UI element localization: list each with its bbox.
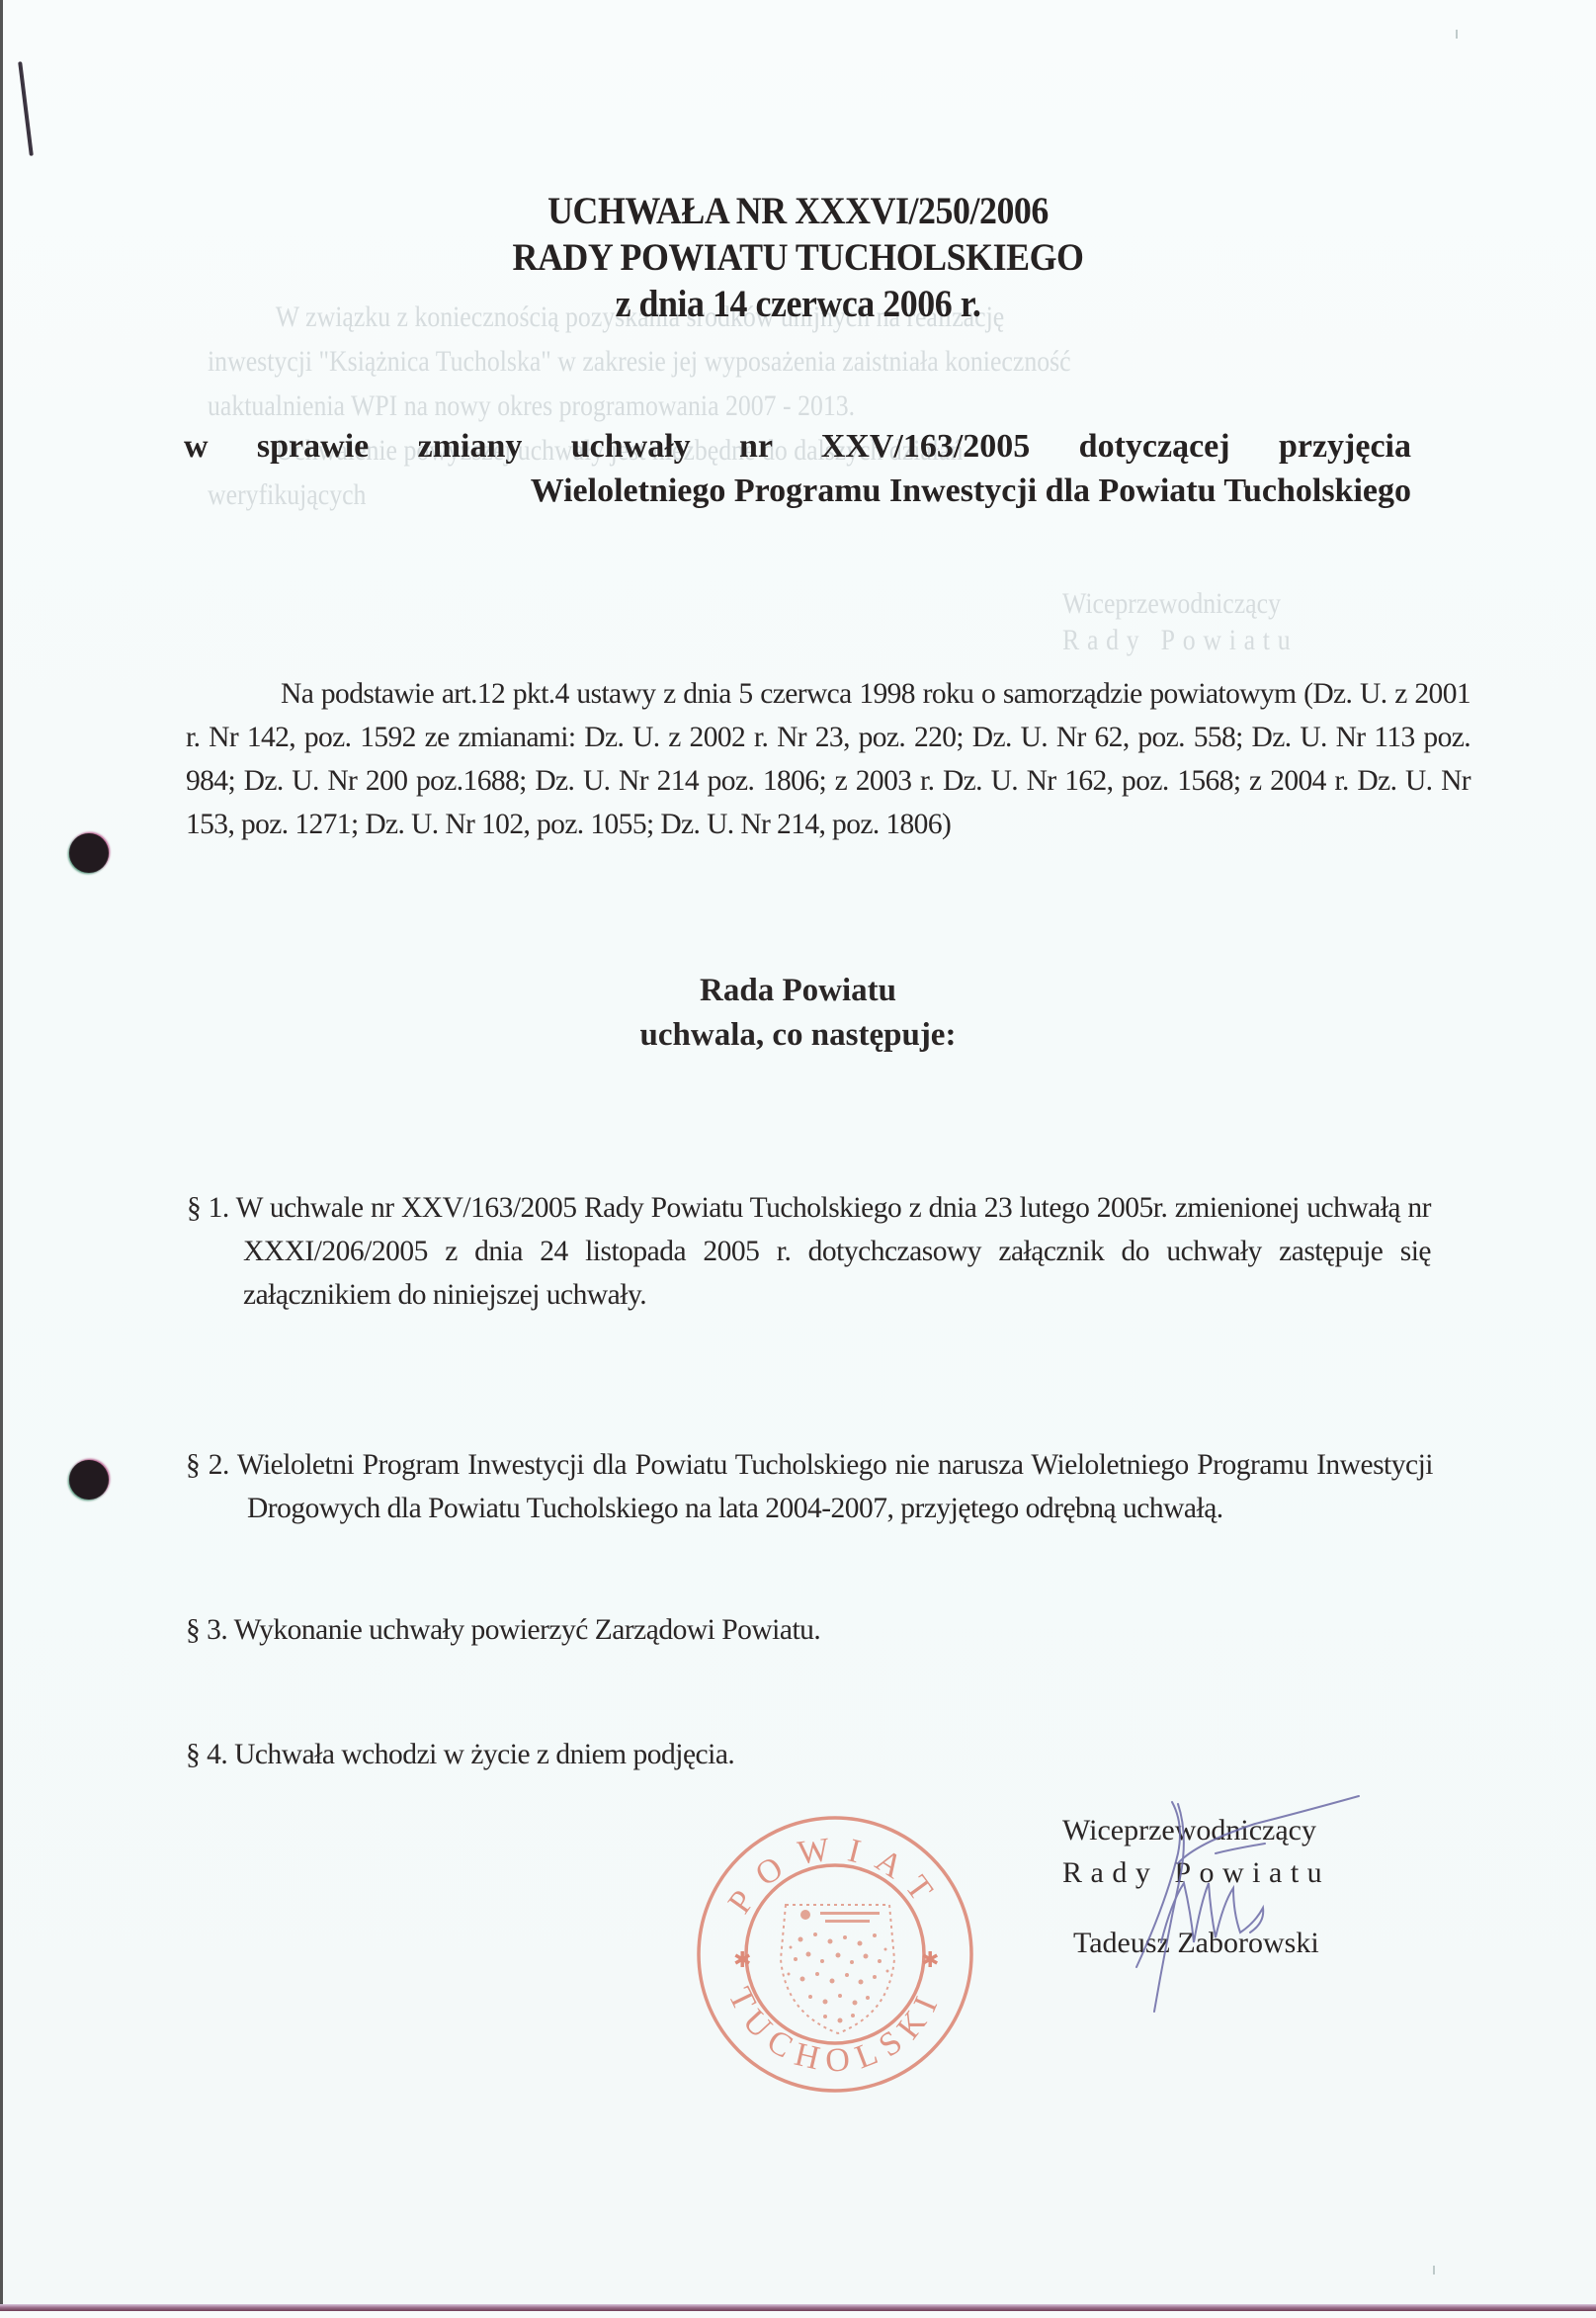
punch-hole-icon (69, 1460, 109, 1500)
svg-text:✱: ✱ (921, 1948, 939, 1973)
resolves-line-2: uchwala, co następuje: (0, 1013, 1596, 1058)
resolution-subject: w sprawie zmiany uchwały nr XXV/163/2005… (184, 424, 1411, 513)
scan-bottom-edge (0, 2304, 1596, 2311)
paragraph-text: § 4. Uchwała wchodzi w życie z dniem pod… (186, 1733, 1372, 1776)
scanned-page: W związku z koniecznością pozyskania śro… (0, 0, 1596, 2311)
paragraph-text: § 1. W uchwale nr XXV/163/2005 Rady Powi… (174, 1186, 1431, 1317)
page-left-edge (0, 0, 3, 2311)
legal-basis-preamble: Na podstawie art.12 pkt.4 ustawy z dnia … (186, 672, 1470, 846)
svg-text:✱: ✱ (733, 1948, 751, 1973)
scan-speck (1456, 30, 1458, 39)
document-header: UCHWAŁA NR XXXVI/250/2006 RADY POWIATU T… (0, 188, 1596, 327)
signatory-title: Wiceprzewodniczący (1062, 1809, 1388, 1851)
resolves-heading: Rada Powiatu uchwala, co następuje: (0, 969, 1596, 1058)
bleed-through-signature: Wiceprzewodniczący Rady Powiatu (1062, 585, 1298, 658)
staple-mark (18, 61, 34, 156)
subject-line-2: Wieloletniego Programu Inwestycji dla Po… (184, 469, 1411, 513)
signature-block: Wiceprzewodniczący Rady Powiatu Tadeusz … (1062, 1809, 1388, 1964)
bleed-line: uaktualnienia WPI na nowy okres programo… (208, 384, 1449, 428)
eagle-emblem-icon (781, 1905, 894, 2033)
bleed-line: inwestycji "Książnica Tucholska" w zakre… (208, 339, 1449, 384)
paragraph-text: § 2. Wieloletni Program Inwestycji dla P… (182, 1443, 1433, 1530)
paragraph-3: § 3. Wykonanie uchwały powierzyć Zarządo… (186, 1608, 1372, 1652)
signatory-name: Tadeusz Zaborowski (1062, 1922, 1388, 1964)
paragraph-4: § 4. Uchwała wchodzi w życie z dniem pod… (186, 1733, 1372, 1776)
subject-line-1: w sprawie zmiany uchwały nr XXV/163/2005… (184, 424, 1411, 469)
punch-hole-icon (69, 833, 109, 873)
resolution-number: UCHWAŁA NR XXXVI/250/2006 (64, 188, 1533, 234)
official-stamp-icon: POWIAT TUCHOLSKI ✱ ✱ (692, 1811, 978, 2098)
resolution-date: z dnia 14 czerwca 2006 r. (64, 281, 1533, 327)
issuer: RADY POWIATU TUCHOLSKIEGO (64, 234, 1533, 281)
resolves-line-1: Rada Powiatu (0, 969, 1596, 1013)
scan-speck (1433, 2266, 1435, 2275)
paragraph-1: § 1. W uchwale nr XXV/163/2005 Rady Powi… (186, 1186, 1431, 1317)
paragraph-text: § 3. Wykonanie uchwały powierzyć Zarządo… (186, 1608, 1372, 1652)
signatory-council: Rady Powiatu (1062, 1851, 1388, 1894)
paragraph-2: § 2. Wieloletni Program Inwestycji dla P… (186, 1443, 1433, 1530)
bleed-line: Rady Powiatu (1062, 622, 1298, 658)
bleed-line: Wiceprzewodniczący (1062, 585, 1298, 622)
